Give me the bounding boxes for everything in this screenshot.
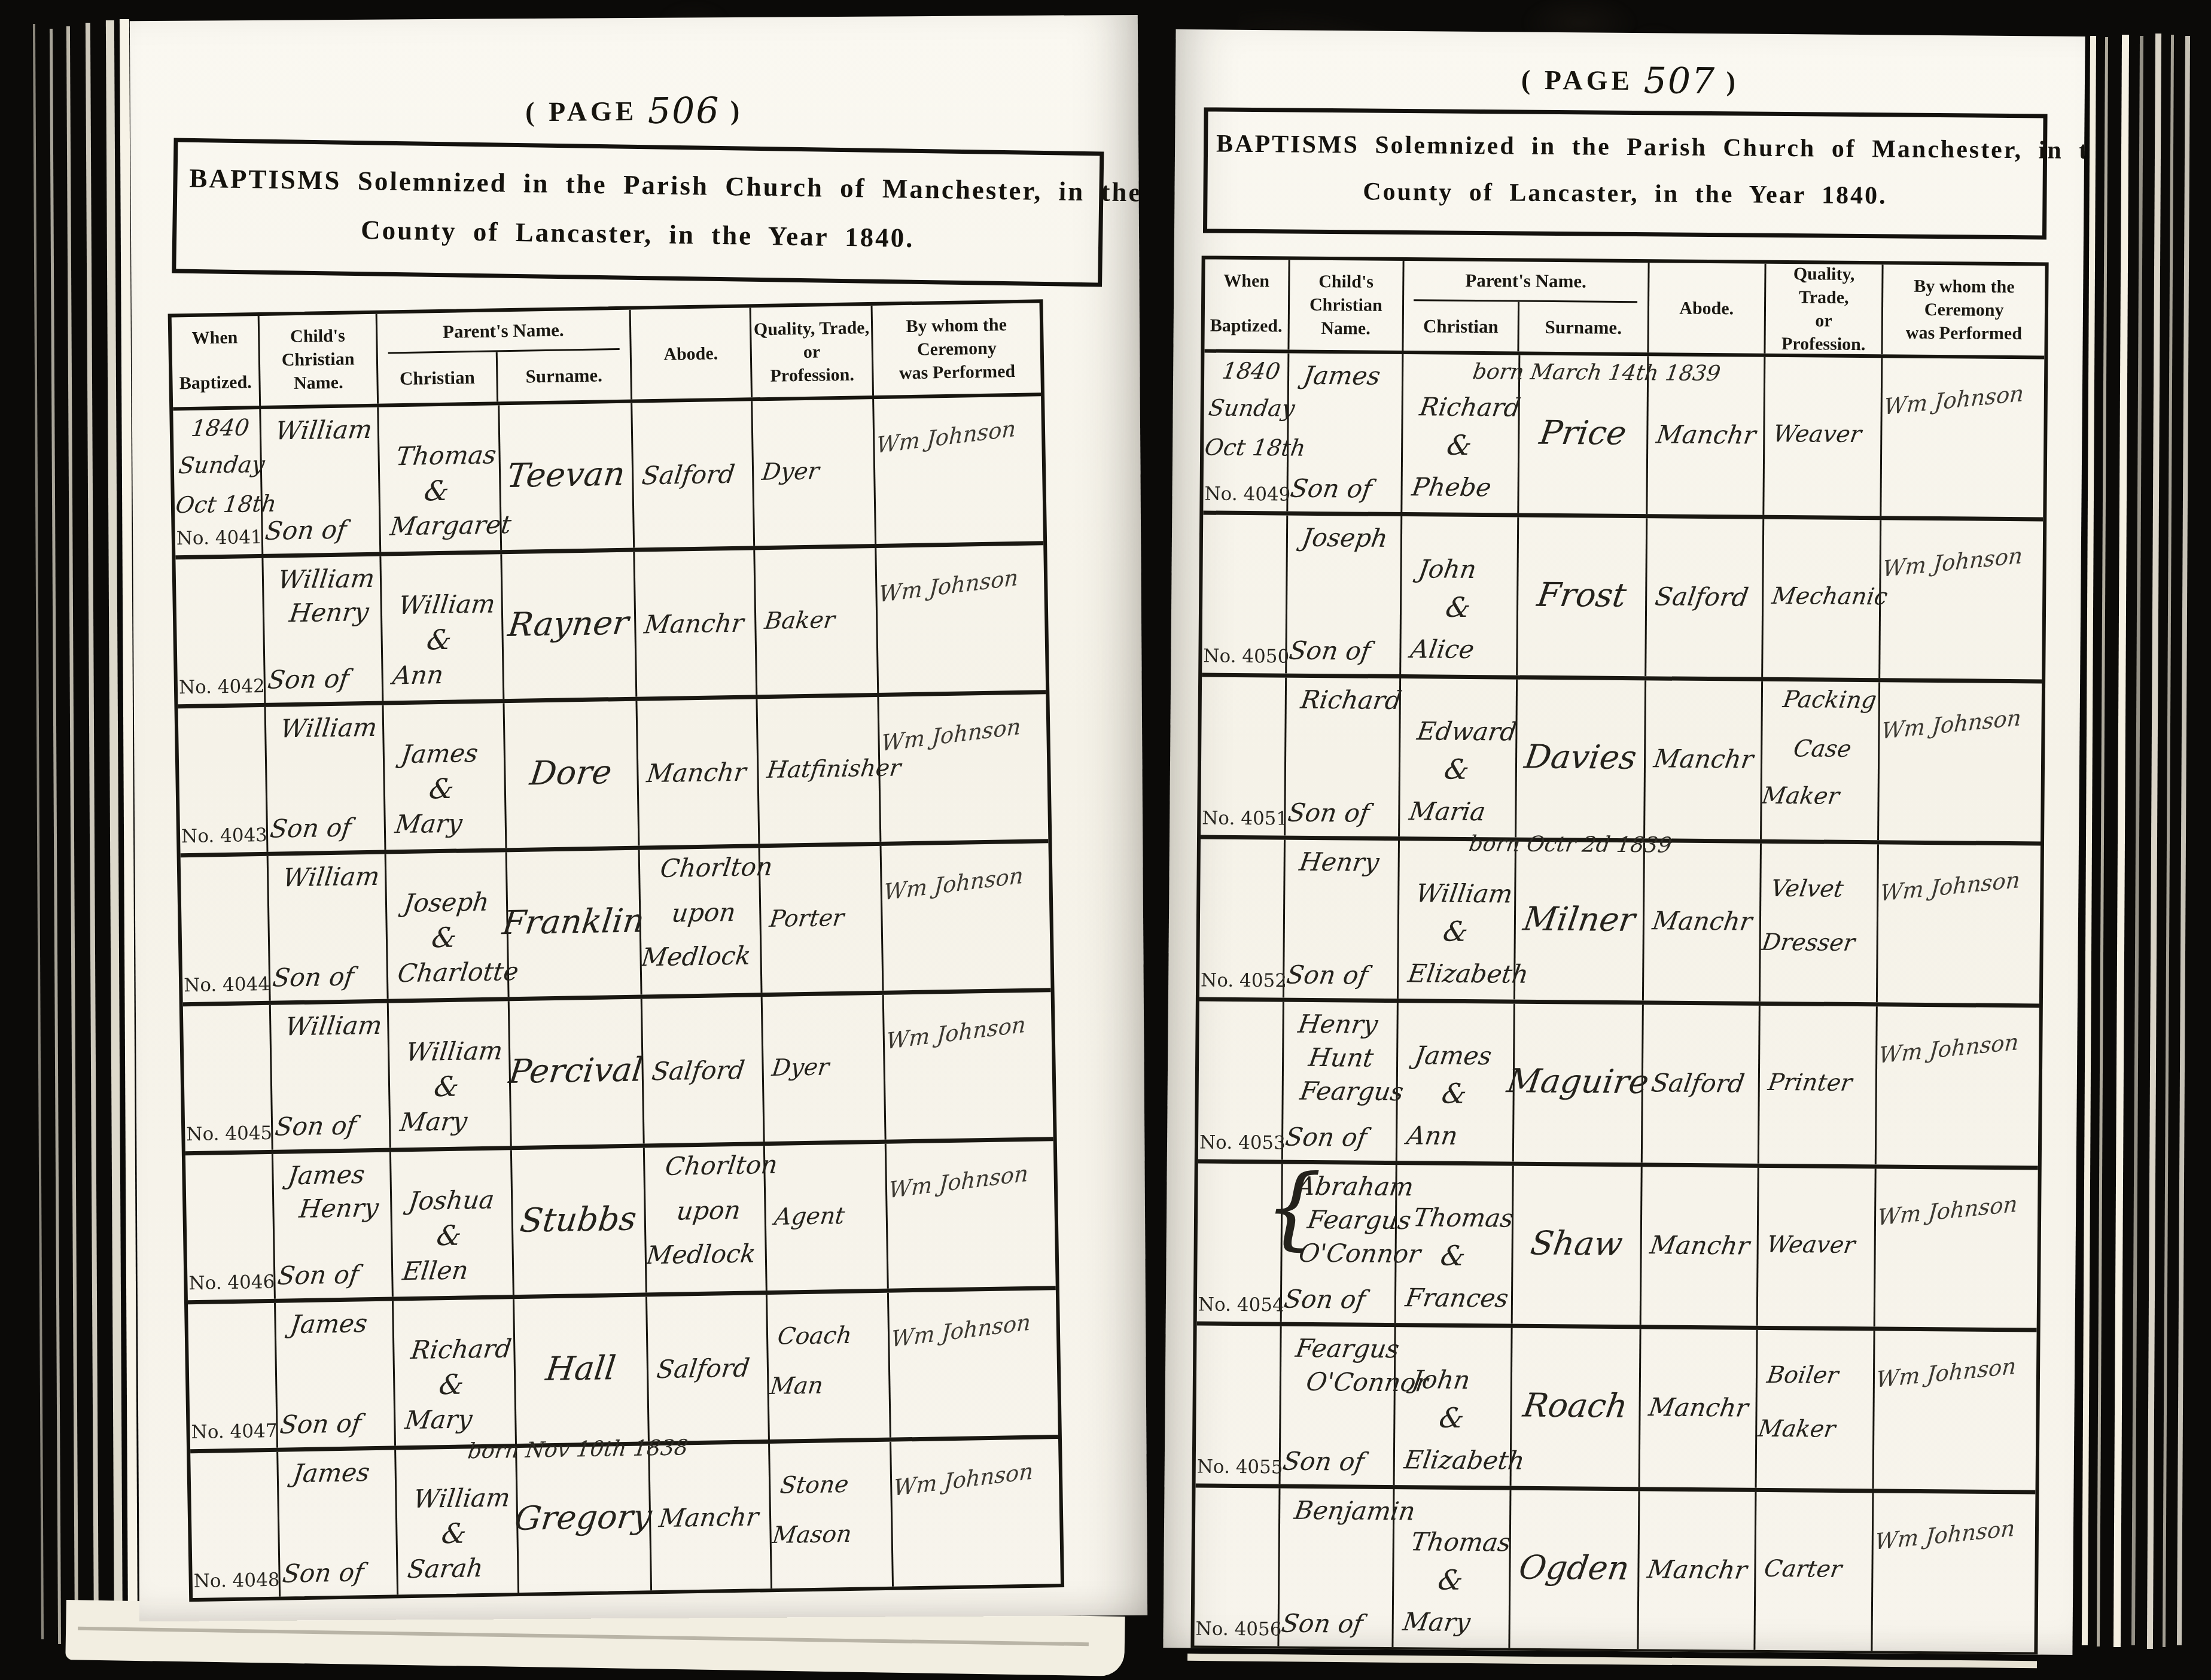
abode-cell: Salford — [1642, 1005, 1760, 1164]
child-christian-name: Henry — [1296, 1009, 1380, 1039]
baptism-record-row: 1840SundayOct 18thNo. 4041WilliamSon ofT… — [173, 396, 1043, 559]
mother-name: Phebe — [1410, 472, 1493, 502]
minister-cell: Wm Johnson — [1882, 358, 2045, 517]
when-baptized-cell: No. 4047 — [188, 1303, 278, 1449]
abode-cell: Manchr — [650, 1444, 773, 1590]
abode-cell: ChorltonuponMedlock — [644, 1146, 768, 1292]
abode-text: Manchr — [657, 1502, 760, 1533]
father-name: William — [397, 589, 497, 620]
baptism-record-row: born March 14th 18391840SundayOct 18thNo… — [1203, 352, 2044, 521]
baptism-table: When Baptized. Child's Christian Name. P… — [168, 299, 1064, 1602]
son-of-label: Son of — [263, 515, 348, 546]
minister-cell: Wm Johnson — [884, 992, 1053, 1140]
column-header-text: Christian Name. — [1290, 293, 1401, 340]
birth-date-note: born March 14th 1839 — [1471, 360, 1722, 386]
father-name: Richard — [1418, 392, 1522, 422]
ampersand: & — [440, 1517, 468, 1550]
baptism-record-row: No. 4053HenryHuntFeargusSon ofJames&AnnM… — [1198, 1001, 2039, 1170]
when-baptized-cell: No. 4055 — [1196, 1325, 1282, 1484]
column-header-text: Baptized. — [173, 370, 257, 395]
column-header-text: Baptized. — [1206, 314, 1287, 337]
book-page-edges-right — [2113, 35, 2129, 1647]
column-header-text: When — [173, 325, 257, 350]
minister-cell: Wm Johnson — [879, 694, 1049, 842]
father-name: John — [1410, 1365, 1472, 1395]
abode-text: Medlock — [639, 941, 752, 972]
mother-name: Mary — [394, 808, 464, 839]
book-page-edges-left — [86, 23, 99, 1650]
register-title-line1: BAPTISMS Solemnized in the Parish Church… — [189, 163, 1088, 207]
trade-text: Maker — [1756, 1415, 1837, 1442]
baptism-record-row: No. 4046JamesHenrySon ofJoshua&EllenStub… — [185, 1141, 1056, 1304]
record-number: No. 4051 — [1202, 807, 1288, 829]
when-baptized-cell: 1840SundayOct 18thNo. 4049 — [1203, 352, 1289, 511]
minister-signature: Wm Johnson — [1880, 866, 2021, 906]
column-header-text: Child's — [260, 324, 374, 349]
child-christian-name: William — [279, 713, 379, 744]
abode-cell: Salford — [632, 401, 756, 547]
surname-cell: Stubbs — [511, 1148, 647, 1295]
record-number: No. 4053 — [1199, 1131, 1286, 1154]
trade-cell: Carter — [1755, 1492, 1874, 1651]
trade-text: Weaver — [1771, 421, 1863, 448]
abode-text: Salford — [650, 1055, 746, 1086]
son-of-label: Son of — [1281, 1447, 1366, 1477]
mother-name: Alice — [1409, 634, 1476, 664]
child-name-cell: HenrySon of — [1284, 840, 1400, 999]
trade-text: Dresser — [1760, 929, 1856, 956]
family-surname: Teevan — [505, 455, 628, 495]
parent-christian-cell: John&Alice — [1401, 516, 1519, 675]
minister-signature: Wm Johnson — [888, 1160, 1029, 1203]
register-title-line2: County of Lancaster, in the Year 1840. — [188, 212, 1087, 256]
register-title-line2: County of Lancaster, in the Year 1840. — [1216, 176, 2034, 212]
column-header-childs-name: Child's Christian Name. — [1289, 260, 1404, 351]
child-christian-name: Henry — [287, 597, 370, 628]
ampersand: & — [1443, 591, 1473, 623]
child-name-cell: JamesSon of — [1288, 354, 1403, 512]
book-page-edge-bottom — [1187, 1654, 2037, 1668]
ampersand: & — [1445, 429, 1474, 461]
family-surname: Price — [1537, 413, 1629, 452]
record-number: No. 4047 — [191, 1420, 277, 1443]
minister-signature: Wm Johnson — [884, 862, 1024, 905]
book-page-edges-right — [2097, 37, 2108, 1646]
baptism-record-row: born Nov 10th 1838No. 4048JamesSon ofWil… — [190, 1439, 1061, 1598]
parent-christian-cell: William&Ann — [381, 554, 504, 701]
ampersand: & — [1439, 1078, 1469, 1110]
book-page-edges-right — [2177, 36, 2190, 1645]
mother-name: Mary — [403, 1404, 474, 1435]
parent-christian-cell: Edward&Maria — [1400, 678, 1518, 838]
parent-christian-cell: John&Elizabeth — [1394, 1327, 1512, 1486]
son-of-label: Son of — [268, 812, 352, 843]
column-header-ceremony-by: By whom the Ceremony was Performed — [873, 303, 1041, 395]
father-name: James — [400, 738, 480, 769]
baptism-record-row: No. 4044WilliamSon ofJoseph&CharlotteFra… — [181, 843, 1051, 1006]
abode-text: Manchr — [1654, 419, 1758, 449]
trade-text: Carter — [1762, 1555, 1844, 1582]
minister-cell: Wm Johnson — [877, 545, 1046, 693]
minister-cell: Wm Johnson — [1879, 682, 2042, 841]
column-header-text: Abode. — [1650, 296, 1763, 320]
trade-text: Packing — [1781, 686, 1878, 714]
ampersand: & — [430, 921, 458, 954]
surname-cell: Frost — [1518, 518, 1647, 677]
child-name-cell: WilliamSon of — [261, 407, 381, 554]
column-header-text: Quality, Trade, — [1767, 262, 1881, 309]
father-name: Thomas — [394, 440, 498, 471]
ampersand: & — [1438, 1240, 1467, 1272]
trade-text: Dyer — [770, 1054, 831, 1082]
parent-christian-cell: Thomas&Frances — [1396, 1165, 1513, 1324]
surname-cell: Franklin — [507, 850, 642, 997]
trade-cell: Hatfinisher — [758, 697, 882, 844]
trade-cell: Baker — [756, 548, 879, 695]
abode-text: upon — [675, 1195, 742, 1226]
page-number: ( PAGE 506 ) — [130, 84, 1138, 132]
trade-text: Printer — [1766, 1069, 1854, 1097]
parent-christian-cell: James&Mary — [383, 703, 507, 850]
column-header-when-baptized: When Baptized. — [172, 316, 261, 407]
trade-cell: Printer — [1759, 1006, 1878, 1165]
column-header-childs-name: Child's Christian Name. — [259, 314, 379, 406]
minister-cell: Wm Johnson — [889, 1290, 1058, 1438]
column-header-when-baptized: When Baptized. — [1204, 259, 1290, 349]
mother-name: Frances — [1403, 1283, 1510, 1313]
column-header-text: By whom the Ceremony — [874, 312, 1039, 362]
child-christian-name: Joseph — [1300, 523, 1390, 553]
register-page-left: ( PAGE 506 ) BAPTISMS Solemnized in the … — [130, 15, 1147, 1621]
trade-text: Maker — [1760, 783, 1841, 810]
minister-cell: Wm Johnson — [1874, 1331, 2037, 1490]
family-surname: Maguire — [1505, 1061, 1652, 1101]
child-christian-name: Hunt — [1306, 1043, 1375, 1073]
child-name-cell: JamesSon of — [276, 1301, 396, 1447]
abode-cell: Manchr — [1644, 842, 1762, 1002]
surname-cell: Maguire — [1514, 1004, 1644, 1163]
baptism-record-row: No. 4043WilliamSon ofJames&MaryDoreManch… — [178, 694, 1049, 857]
child-name-cell: HenryHuntFeargusSon of — [1283, 1002, 1399, 1161]
record-number: No. 4050 — [1203, 645, 1289, 667]
abode-cell: ChorltonuponMedlock — [639, 848, 763, 994]
trade-cell: Dyer — [753, 399, 876, 546]
minister-cell: Wm Johnson — [1881, 520, 2043, 679]
when-baptized-cell: No. 4045 — [183, 1005, 273, 1151]
minister-signature: Wm Johnson — [1877, 1191, 2018, 1230]
column-header-christian: Christian — [1403, 301, 1519, 351]
minister-signature: Wm Johnson — [1878, 1028, 2020, 1068]
trade-cell: Weaver — [1758, 1168, 1877, 1327]
mother-name: Sarah — [406, 1553, 485, 1584]
page-number: ( PAGE 507 ) — [1175, 53, 2085, 102]
minister-cell: Wm Johnson — [1875, 1168, 2038, 1328]
parent-christian-cell: Joseph&Charlotte — [386, 852, 510, 999]
baptism-record-row: No. 4056BenjaminSon ofThomas&MaryOgdenMa… — [1194, 1487, 2035, 1652]
column-header-christian: Christian — [378, 352, 499, 404]
mother-name: Elizabeth — [1402, 1445, 1527, 1475]
baptism-date-line: 1840 — [190, 414, 251, 442]
when-baptized-cell: No. 4046 — [185, 1154, 276, 1300]
trade-cell: Agent — [765, 1144, 889, 1291]
abode-cell: Salford — [647, 1295, 770, 1441]
abode-text: Chorlton — [659, 852, 774, 883]
book-page-edges-right — [2163, 35, 2174, 1647]
parents-subheaders: Christian Surname. — [378, 350, 631, 404]
abode-text: Salford — [640, 459, 736, 491]
page-number-prefix: ( PAGE — [525, 96, 637, 127]
table-body: 1840SundayOct 18thNo. 4041WilliamSon ofT… — [173, 396, 1061, 1598]
minister-signature: Wm Johnson — [1883, 380, 2025, 419]
record-number: No. 4054 — [1198, 1294, 1284, 1316]
column-header-text: Quality, Trade, — [753, 316, 870, 341]
child-christian-name: William — [276, 564, 376, 595]
when-baptized-cell: 1840SundayOct 18thNo. 4041 — [173, 409, 263, 555]
abode-text: Manchr — [1648, 1230, 1752, 1260]
abode-text: Medlock — [644, 1238, 757, 1270]
ampersand: & — [1437, 1402, 1466, 1434]
parent-christian-cell: James&Ann — [1397, 1003, 1515, 1162]
when-baptized-cell: No. 4051 — [1201, 677, 1287, 835]
child-christian-name: William — [273, 415, 373, 446]
child-name-cell: WilliamSon of — [270, 1003, 391, 1150]
trade-text: Dyer — [761, 458, 821, 486]
trade-cell: Porter — [760, 846, 884, 993]
surname-cell: Gregory — [517, 1445, 652, 1593]
register-title-line1: BAPTISMS Solemnized in the Parish Church… — [1216, 130, 2035, 165]
trade-text: Case — [1792, 735, 1853, 763]
family-surname: Davies — [1522, 738, 1639, 777]
table-header-row: When Baptized. Child's Christian Name. P… — [172, 303, 1041, 410]
when-baptized-cell: No. 4042 — [175, 558, 266, 704]
son-of-label: Son of — [278, 1408, 363, 1439]
abode-text: Manchr — [1652, 744, 1755, 774]
father-name: William — [1414, 879, 1514, 909]
column-header-text: Christian Name. — [261, 347, 376, 395]
abode-cell: Manchr — [1641, 1167, 1759, 1326]
trade-cell: StoneMason — [770, 1442, 894, 1588]
parent-christian-cell: Richard&Mary — [394, 1299, 517, 1445]
minister-cell: Wm Johnson — [1873, 1493, 2036, 1652]
column-header-trade: Quality, Trade, or Profession. — [1765, 264, 1884, 355]
column-header-text: Parent's Name. — [1414, 261, 1638, 303]
scanned-register-spread: ( PAGE 506 ) BAPTISMS Solemnized in the … — [0, 0, 2211, 1680]
surname-cell: Roach — [1511, 1328, 1641, 1487]
father-name: Thomas — [1409, 1527, 1513, 1557]
child-name-cell: FeargusO'ConnorSon of — [1280, 1326, 1396, 1485]
son-of-label: Son of — [1287, 636, 1373, 666]
trade-text: Velvet — [1769, 875, 1845, 903]
family-surname: Rayner — [506, 604, 631, 644]
son-of-label: Son of — [271, 961, 355, 992]
son-of-label: Son of — [281, 1557, 365, 1588]
trade-cell: Weaver — [1764, 357, 1883, 516]
column-header-ceremony-by: By whom the Ceremony was Performed — [1883, 264, 2045, 355]
trade-text: Baker — [763, 607, 837, 635]
child-christian-name: James — [286, 1159, 366, 1190]
ampersand: & — [427, 772, 456, 805]
son-of-label: Son of — [1286, 798, 1372, 828]
record-number: No. 4049 — [1204, 483, 1290, 505]
page-number-suffix: ) — [1726, 66, 1739, 96]
ampersand: & — [1442, 753, 1472, 786]
family-surname: Roach — [1521, 1386, 1630, 1425]
surname-cell: Shaw — [1513, 1166, 1643, 1325]
minister-cell: Wm Johnson — [891, 1439, 1061, 1587]
mother-name: Ann — [391, 660, 445, 690]
column-header-surname: Surname. — [1519, 302, 1647, 352]
surname-cell: Rayner — [502, 552, 637, 699]
abode-cell: Manchr — [1639, 1491, 1756, 1650]
baptism-record-row: No. 4047JamesSon ofRichard&MaryHallSalfo… — [188, 1290, 1058, 1453]
child-name-cell: WilliamSon of — [268, 854, 388, 1001]
minister-signature: Wm Johnson — [1874, 1515, 2016, 1554]
abode-text: upon — [670, 897, 737, 928]
child-name-cell: WilliamHenrySon of — [263, 556, 383, 703]
register-page-right: ( PAGE 507 ) BAPTISMS Solemnized in the … — [1163, 29, 2085, 1655]
handwritten-page-number: 506 — [648, 90, 720, 132]
minister-signature: Wm Johnson — [893, 1458, 1034, 1501]
surname-cell: Dore — [504, 701, 639, 848]
column-header-text: By whom the Ceremony — [1884, 274, 2043, 322]
minister-signature: Wm Johnson — [878, 564, 1019, 607]
trade-text: Stone — [779, 1471, 851, 1499]
baptism-date-line: 1840 — [1220, 358, 1282, 385]
family-surname: Stubbs — [518, 1199, 639, 1239]
mother-name: Elizabeth — [1406, 958, 1530, 989]
minister-cell: Wm Johnson — [882, 843, 1051, 991]
column-header-text: When — [1206, 269, 1287, 293]
family-surname: Percival — [507, 1050, 645, 1091]
column-header-text: Profession. — [1767, 332, 1880, 356]
parent-christian-cell: Thomas&Mary — [1393, 1489, 1511, 1648]
record-number: No. 4042 — [179, 675, 265, 698]
column-header-trade: Quality, Trade, or Profession. — [751, 306, 875, 397]
father-name: Edward — [1415, 717, 1519, 747]
abode-cell: Manchr — [635, 550, 758, 696]
minister-signature: Wm Johnson — [1882, 542, 2024, 582]
ampersand: & — [437, 1368, 466, 1401]
abode-cell: Salford — [642, 997, 765, 1143]
column-header-abode: Abode. — [1649, 263, 1766, 354]
son-of-label: Son of — [1289, 474, 1374, 504]
family-surname: Franklin — [500, 901, 647, 942]
child-christian-name: William — [281, 862, 381, 893]
trade-text: Porter — [768, 905, 846, 933]
ampersand: & — [433, 1070, 461, 1103]
column-header-text: or — [753, 339, 871, 364]
son-of-label: Son of — [273, 1110, 358, 1141]
surname-cell: Ogden — [1510, 1490, 1640, 1649]
column-header-parents-name: Parent's Name. Christian Surname. — [1403, 261, 1649, 352]
mother-name: Charlotte — [396, 957, 520, 988]
parent-christian-cell: William&Mary — [389, 1001, 512, 1148]
abode-text: Manchr — [642, 608, 745, 639]
record-number: No. 4044 — [184, 973, 270, 996]
handwritten-page-number: 507 — [1643, 60, 1716, 102]
page-number-suffix: ) — [730, 95, 744, 126]
father-name: Thomas — [1411, 1203, 1515, 1233]
record-number: No. 4056 — [1196, 1618, 1282, 1640]
minister-signature: Wm Johnson — [881, 713, 1022, 756]
record-number: No. 4055 — [1197, 1456, 1283, 1478]
when-baptized-cell: No. 4050 — [1202, 515, 1288, 673]
family-surname: Shaw — [1528, 1224, 1625, 1263]
baptism-record-row: No. 4054{AbrahamFeargusO'ConnorSon ofTho… — [1197, 1163, 2038, 1332]
parents-subheaders: Christian Surname. — [1403, 301, 1647, 352]
when-baptized-cell: No. 4044 — [181, 856, 271, 1002]
ampersand: & — [1441, 915, 1470, 948]
table-header-row: When Baptized. Child's Christian Name. P… — [1204, 259, 2045, 359]
trade-text: Boiler — [1765, 1362, 1840, 1389]
mother-name: Ann — [1405, 1121, 1460, 1151]
when-baptized-cell: No. 4048 — [190, 1452, 281, 1598]
column-header-text: Abode. — [632, 341, 749, 366]
mother-name: Maria — [1407, 796, 1487, 826]
book-page-edges-right — [2147, 34, 2161, 1649]
record-number: No. 4043 — [181, 824, 267, 847]
child-name-cell: JamesHenrySon of — [273, 1152, 393, 1299]
column-header-text: Parent's Name. — [387, 310, 619, 354]
record-number: No. 4045 — [186, 1122, 272, 1145]
minister-signature: Wm Johnson — [891, 1309, 1031, 1352]
son-of-label: Son of — [276, 1259, 360, 1290]
parent-christian-cell: William&Elizabeth — [1399, 841, 1516, 1000]
baptism-record-row: No. 4055FeargusO'ConnorSon ofJohn&Elizab… — [1196, 1325, 2037, 1494]
book-page-edges-left — [33, 24, 44, 1639]
abode-text: Salford — [1649, 1068, 1746, 1098]
son-of-label: Son of — [1284, 960, 1370, 990]
minister-cell: Wm Johnson — [1878, 844, 2041, 1003]
baptism-record-row: No. 4042WilliamHenrySon ofWilliam&AnnRay… — [175, 545, 1046, 708]
mother-name: Mary — [398, 1106, 469, 1137]
child-name-cell: WilliamSon of — [266, 705, 386, 852]
child-name-cell: JosephSon of — [1287, 516, 1402, 674]
child-christian-name: Richard — [1299, 685, 1403, 715]
abode-text: Manchr — [1647, 1392, 1750, 1422]
child-christian-name: James — [288, 1308, 368, 1339]
abode-text: Manchr — [1650, 906, 1754, 936]
child-christian-name: James — [1301, 361, 1382, 391]
family-surname: Dore — [528, 753, 614, 792]
trade-cell: BoilerMaker — [1756, 1330, 1875, 1489]
ampersand: & — [435, 1219, 464, 1252]
trade-cell: PackingCaseMaker — [1762, 681, 1881, 841]
child-name-cell: BenjaminSon of — [1279, 1489, 1394, 1647]
record-number: No. 4048 — [193, 1569, 279, 1592]
abode-cell: Manchr — [637, 699, 760, 845]
abode-text: Salford — [654, 1353, 751, 1384]
trade-text: Agent — [773, 1203, 846, 1231]
child-name-cell: {AbrahamFeargusO'ConnorSon of — [1281, 1164, 1397, 1323]
column-header-text: Profession. — [753, 363, 871, 388]
father-name: John — [1417, 555, 1479, 585]
family-surname: Gregory — [513, 1497, 654, 1538]
register-title-box: BAPTISMS Solemnized in the Parish Church… — [172, 138, 1104, 287]
trade-text: Coach — [776, 1322, 854, 1350]
father-name: Joseph — [402, 887, 491, 918]
family-surname: Hall — [544, 1349, 618, 1388]
father-name: William — [412, 1483, 511, 1514]
surname-cell: Davies — [1516, 680, 1646, 839]
mother-name: Ellen — [401, 1255, 470, 1286]
baptism-date-line: Sunday — [1207, 395, 1296, 422]
column-header-text: was Performed — [1884, 321, 2043, 345]
trade-cell: CoachMan — [768, 1293, 891, 1439]
family-surname: Ogden — [1516, 1548, 1632, 1587]
column-header-text: Child's — [1291, 270, 1401, 294]
child-christian-name: William — [284, 1011, 383, 1042]
